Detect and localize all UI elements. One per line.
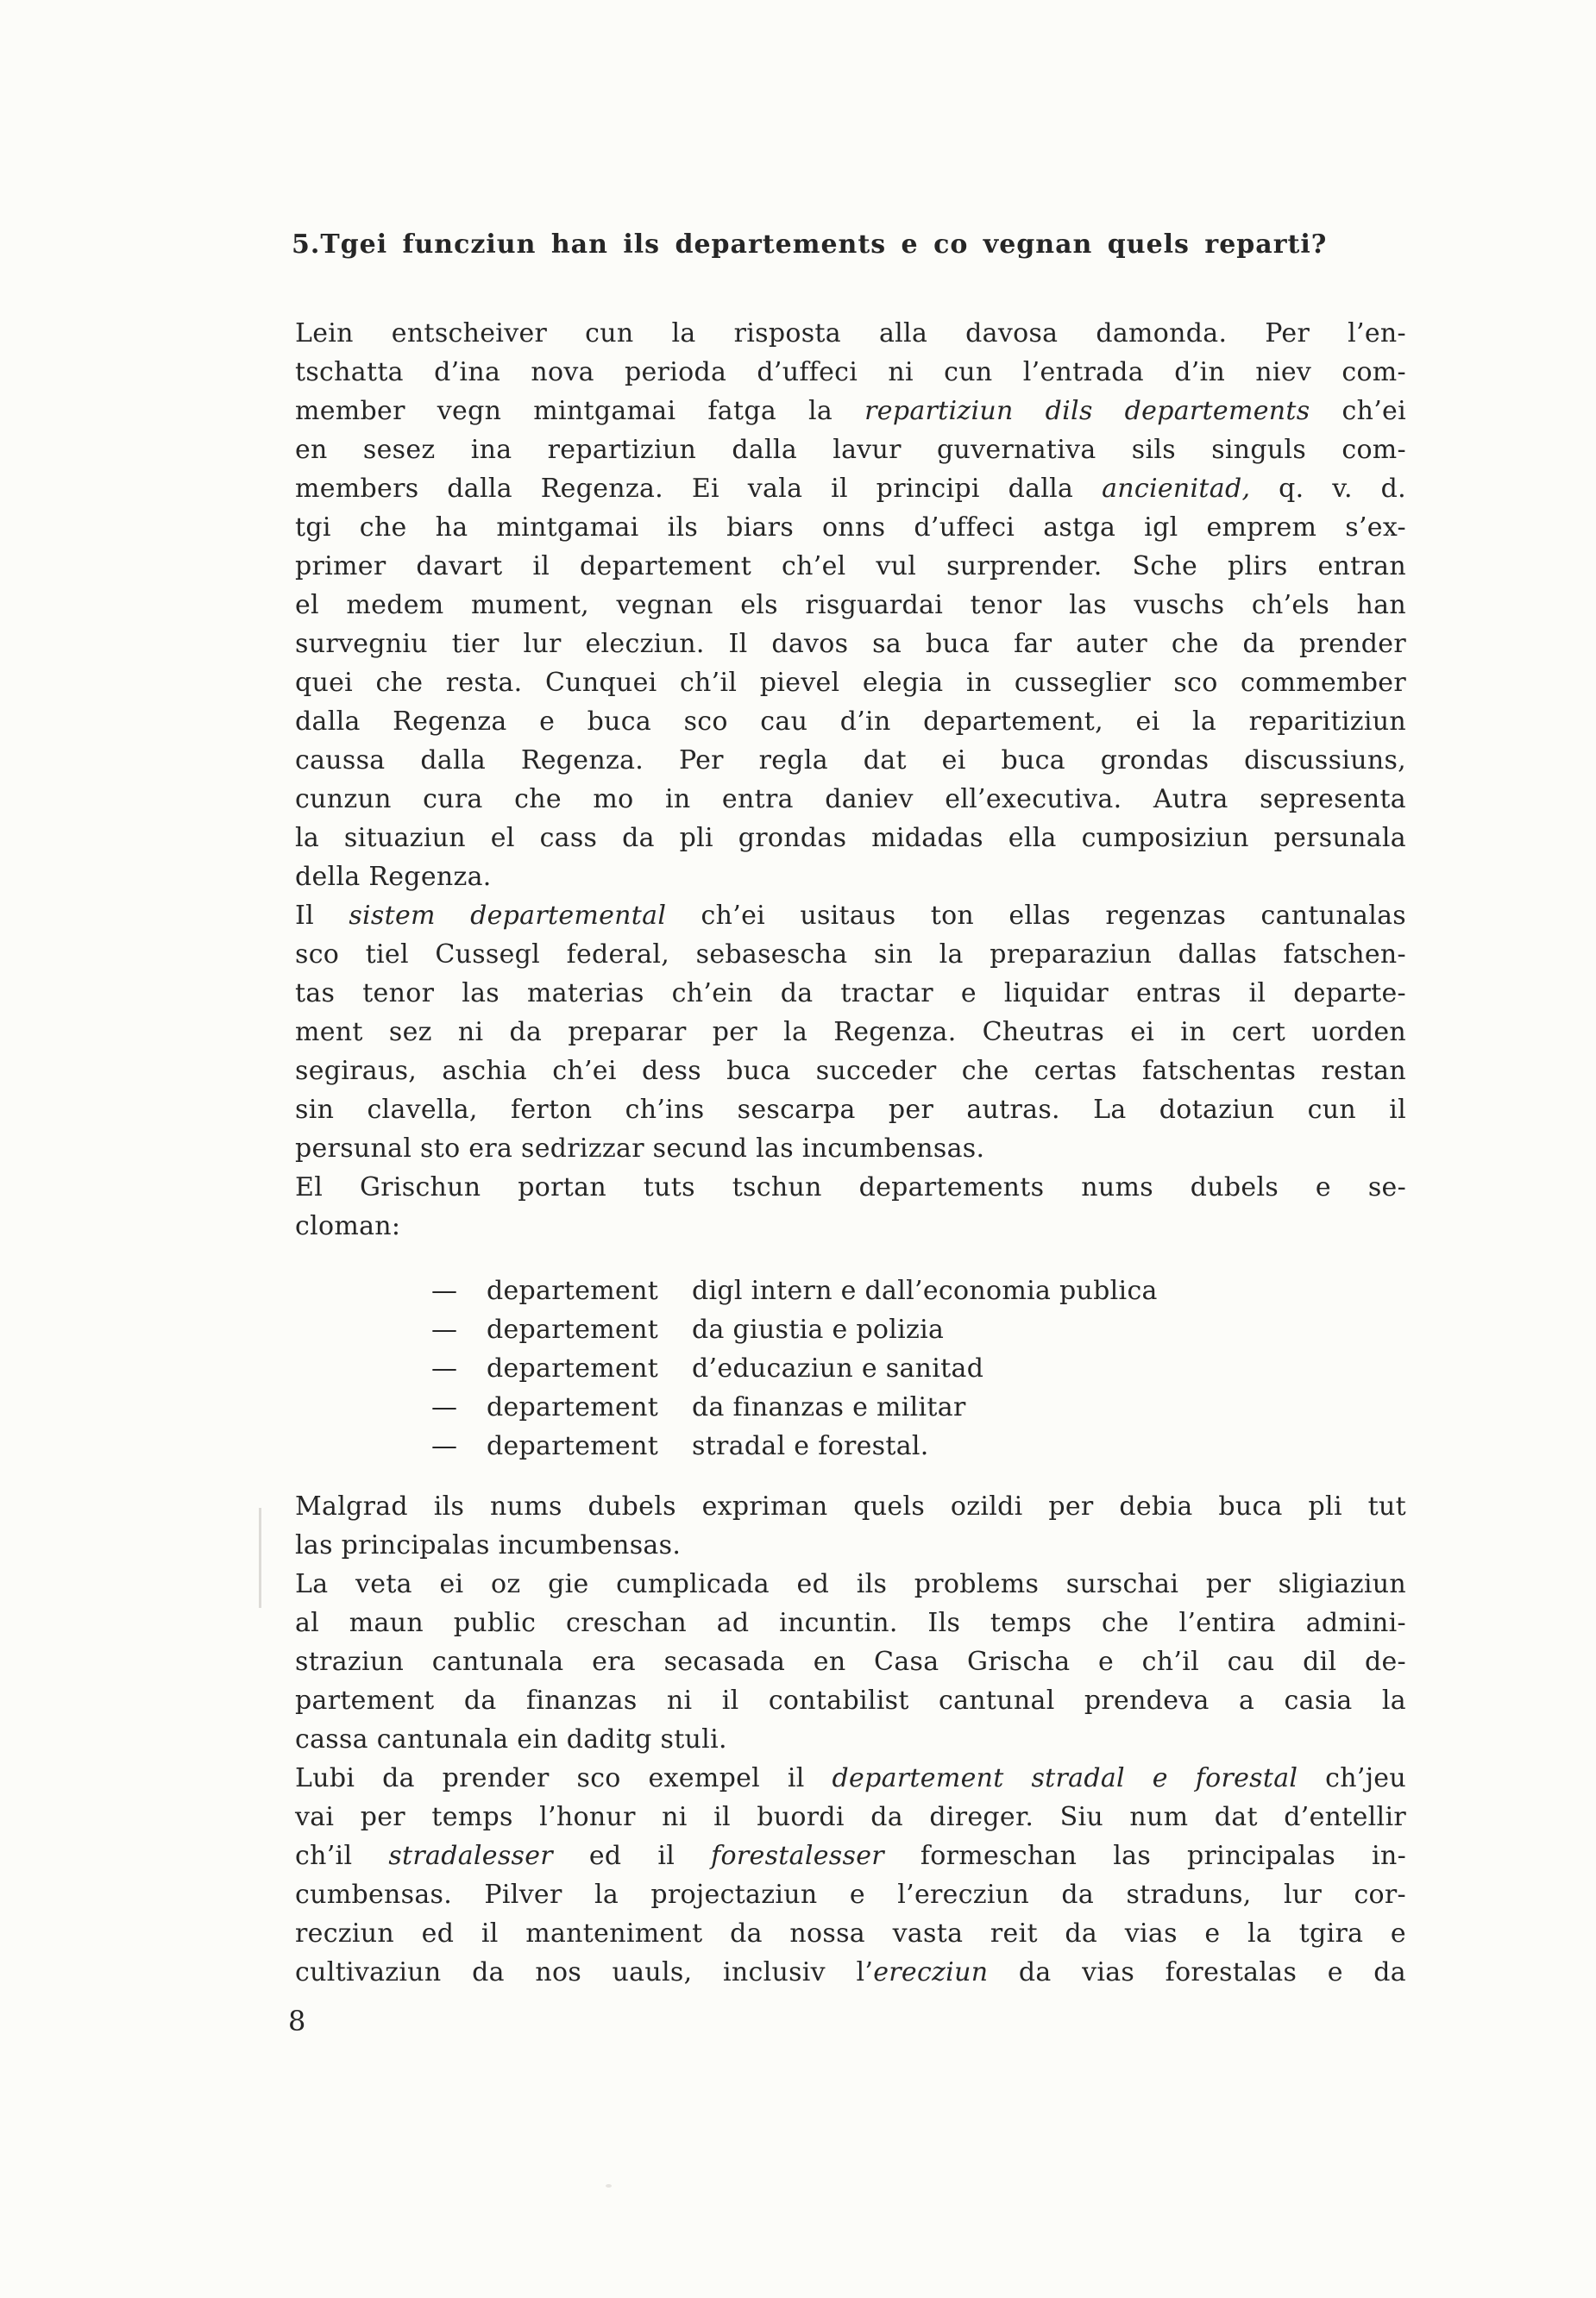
text-segment: cassa cantunala ein daditg stuli.: [295, 1724, 727, 1755]
scan-artifact-line: [259, 1508, 261, 1608]
text-line: tgi che ha mintgamai ils biars onns d’uf…: [295, 508, 1406, 547]
text-line: recziun ed il manteniment da nossa vasta…: [295, 1914, 1406, 1953]
text-line: cunzun cura che mo in entra daniev ell’e…: [295, 780, 1406, 819]
text-segment: Lubi da prender sco exempel il: [295, 1763, 833, 1793]
text-block: Lein entscheiver cun la risposta alla da…: [295, 314, 1406, 1992]
text-segment: della Regenza.: [295, 862, 492, 892]
text-segment: member vegn mintgamai fatga la: [295, 396, 864, 426]
text-segment: da vias forestalas e da: [988, 1957, 1406, 1987]
text-segment: members dalla Regenza. Ei vala il princi…: [295, 474, 1102, 504]
text-segment: ch’ei usitaus ton ellas regenzas cantuna…: [666, 901, 1406, 931]
text-line: en sesez ina repartiziun dalla lavur guv…: [295, 430, 1406, 469]
text-segment: ch’jeu: [1298, 1763, 1406, 1793]
text-line: tas tenor las materias ch’ein da tractar…: [295, 974, 1406, 1013]
text-segment: sco tiel Cussegl federal, sebasescha sin…: [295, 939, 1406, 970]
text-segment: La veta ei oz gie cumplicada ed ils prob…: [295, 1569, 1406, 1599]
text-line: Lein entscheiver cun la risposta alla da…: [295, 314, 1406, 353]
text-line: vai per temps l’honur ni il buordi da di…: [295, 1798, 1406, 1837]
text-segment: sistem departemental: [349, 901, 666, 931]
department-word: departement: [487, 1388, 692, 1427]
text-segment: repartiziun dils departements: [864, 396, 1310, 426]
department-name: stradal e forestal.: [692, 1427, 1406, 1466]
text-line: ch’il stradalesser ed il forestalesser f…: [295, 1837, 1406, 1875]
text-segment: tgi che ha mintgamai ils biars onns d’uf…: [295, 512, 1406, 543]
text-segment: las principalas incumbensas.: [295, 1530, 681, 1560]
scan-artifact-speck: [606, 2184, 612, 2188]
department-word: departement: [487, 1349, 692, 1388]
text-segment: segiraus, aschia ch’ei dess buca succede…: [295, 1056, 1406, 1086]
text-line: tschatta d’ina nova perioda d’uffeci ni …: [295, 353, 1406, 392]
department-list-item: —departementdigl intern e dall’economia …: [295, 1271, 1406, 1310]
text-line: cultivaziun da nos uauls, inclusiv l’ere…: [295, 1953, 1406, 1992]
text-segment: la situaziun el cass da pli grondas mida…: [295, 823, 1406, 853]
text-line: members dalla Regenza. Ei vala il princi…: [295, 469, 1406, 508]
text-segment: recziun ed il manteniment da nossa vasta…: [295, 1918, 1406, 1949]
list-dash: —: [431, 1271, 487, 1310]
list-dash: —: [431, 1427, 487, 1466]
text-segment: sin clavella, ferton ch’ins sescarpa per…: [295, 1095, 1406, 1125]
text-segment: partement da finanzas ni il contabilist …: [295, 1686, 1406, 1716]
text-line: straziun cantunala era secasada en Casa …: [295, 1642, 1406, 1681]
text-line: sco tiel Cussegl federal, sebasescha sin…: [295, 935, 1406, 974]
text-line: segiraus, aschia ch’ei dess buca succede…: [295, 1052, 1406, 1090]
department-list: —departementdigl intern e dall’economia …: [295, 1271, 1406, 1466]
text-segment: erecziun: [873, 1957, 988, 1987]
text-segment: cunzun cura che mo in entra daniev ell’e…: [295, 784, 1406, 814]
list-dash: —: [431, 1349, 487, 1388]
department-name: digl intern e dall’economia publica: [692, 1271, 1406, 1310]
list-dash: —: [431, 1388, 487, 1427]
text-segment: Lein entscheiver cun la risposta alla da…: [295, 318, 1406, 348]
department-list-item: —departementstradal e forestal.: [295, 1427, 1406, 1466]
text-line: el medem mument, vegnan els risguardai t…: [295, 586, 1406, 625]
text-line: cassa cantunala ein daditg stuli.: [295, 1720, 1406, 1759]
list-dash: —: [431, 1310, 487, 1349]
text-segment: cultivaziun da nos uauls, inclusiv l’: [295, 1957, 873, 1987]
department-name: da finanzas e militar: [692, 1388, 1406, 1427]
text-segment: Il: [295, 901, 349, 931]
department-list-item: —departementda finanzas e militar: [295, 1388, 1406, 1427]
text-segment: dalla Regenza e buca sco cau d’in depart…: [295, 706, 1406, 737]
text-line: la situaziun el cass da pli grondas mida…: [295, 819, 1406, 857]
text-segment: en sesez ina repartiziun dalla lavur guv…: [295, 435, 1406, 465]
text-segment: cloman:: [295, 1211, 400, 1241]
text-segment: ch’il: [295, 1841, 388, 1871]
page-number: 8: [288, 2005, 305, 2037]
text-line: Il sistem departemental ch’ei usitaus to…: [295, 896, 1406, 935]
text-line: persunal sto era sedrizzar secund las in…: [295, 1129, 1406, 1168]
text-line: member vegn mintgamai fatga la repartizi…: [295, 392, 1406, 430]
text-segment: q. v. d.: [1250, 474, 1406, 504]
text-segment: forestalesser: [711, 1841, 884, 1871]
text-segment: cumbensas. Pilver la projectaziun e l’er…: [295, 1880, 1406, 1910]
text-segment: straziun cantunala era secasada en Casa …: [295, 1647, 1406, 1677]
department-list-item: —departementd’educaziun e sanitad: [295, 1349, 1406, 1388]
text-line: las principalas incumbensas.: [295, 1526, 1406, 1565]
text-line: della Regenza.: [295, 857, 1406, 896]
text-segment: vai per temps l’honur ni il buordi da di…: [295, 1802, 1406, 1832]
text-segment: ancienitad,: [1102, 474, 1250, 504]
text-segment: stradalesser: [388, 1841, 553, 1871]
text-segment: ed il: [553, 1841, 711, 1871]
text-segment: caussa dalla Regenza. Per regla dat ei b…: [295, 745, 1406, 775]
department-word: departement: [487, 1310, 692, 1349]
text-segment: tas tenor las materias ch’ein da tractar…: [295, 978, 1406, 1008]
text-line: partement da finanzas ni il contabilist …: [295, 1681, 1406, 1720]
text-line: sin clavella, ferton ch’ins sescarpa per…: [295, 1090, 1406, 1129]
text-segment: formeschan las principalas in-: [884, 1841, 1406, 1871]
text-segment: el medem mument, vegnan els risguardai t…: [295, 590, 1406, 620]
text-segment: ch’ei: [1310, 396, 1406, 426]
text-line: El Grischun portan tuts tschun departeme…: [295, 1168, 1406, 1207]
text-line: dalla Regenza e buca sco cau d’in depart…: [295, 702, 1406, 741]
text-line: La veta ei oz gie cumplicada ed ils prob…: [295, 1565, 1406, 1604]
text-line: cloman:: [295, 1207, 1406, 1246]
department-word: departement: [487, 1427, 692, 1466]
text-line: quei che resta. Cunquei ch’il pievel ele…: [295, 663, 1406, 702]
text-segment: survegniu tier lur elecziun. Il davos sa…: [295, 629, 1406, 659]
text-segment: Malgrad ils nums dubels expriman quels o…: [295, 1491, 1406, 1522]
text-line: caussa dalla Regenza. Per regla dat ei b…: [295, 741, 1406, 780]
text-line: cumbensas. Pilver la projectaziun e l’er…: [295, 1875, 1406, 1914]
text-line: al maun public creschan ad incuntin. Ils…: [295, 1604, 1406, 1642]
text-line: Malgrad ils nums dubels expriman quels o…: [295, 1487, 1406, 1526]
department-list-item: —departementda giustia e polizia: [295, 1310, 1406, 1349]
section-heading: 5.Tgei funcziun han ils departements e c…: [292, 229, 1406, 260]
text-segment: persunal sto era sedrizzar secund las in…: [295, 1133, 984, 1164]
department-name: da giustia e polizia: [692, 1310, 1406, 1349]
text-segment: tschatta d’ina nova perioda d’uffeci ni …: [295, 357, 1406, 387]
text-segment: quei che resta. Cunquei ch’il pievel ele…: [295, 668, 1406, 698]
text-line: Lubi da prender sco exempel il departeme…: [295, 1759, 1406, 1798]
department-name: d’educaziun e sanitad: [692, 1349, 1406, 1388]
text-line: primer davart il departement ch’el vul s…: [295, 547, 1406, 586]
text-segment: departement stradal e forestal: [833, 1763, 1298, 1793]
text-line: ment sez ni da preparar per la Regenza. …: [295, 1013, 1406, 1052]
text-segment: al maun public creschan ad incuntin. Ils…: [295, 1608, 1406, 1638]
text-segment: ment sez ni da preparar per la Regenza. …: [295, 1017, 1406, 1047]
text-segment: primer davart il departement ch’el vul s…: [295, 551, 1406, 581]
text-line: survegniu tier lur elecziun. Il davos sa…: [295, 625, 1406, 663]
text-segment: El Grischun portan tuts tschun departeme…: [295, 1172, 1406, 1202]
department-word: departement: [487, 1271, 692, 1310]
